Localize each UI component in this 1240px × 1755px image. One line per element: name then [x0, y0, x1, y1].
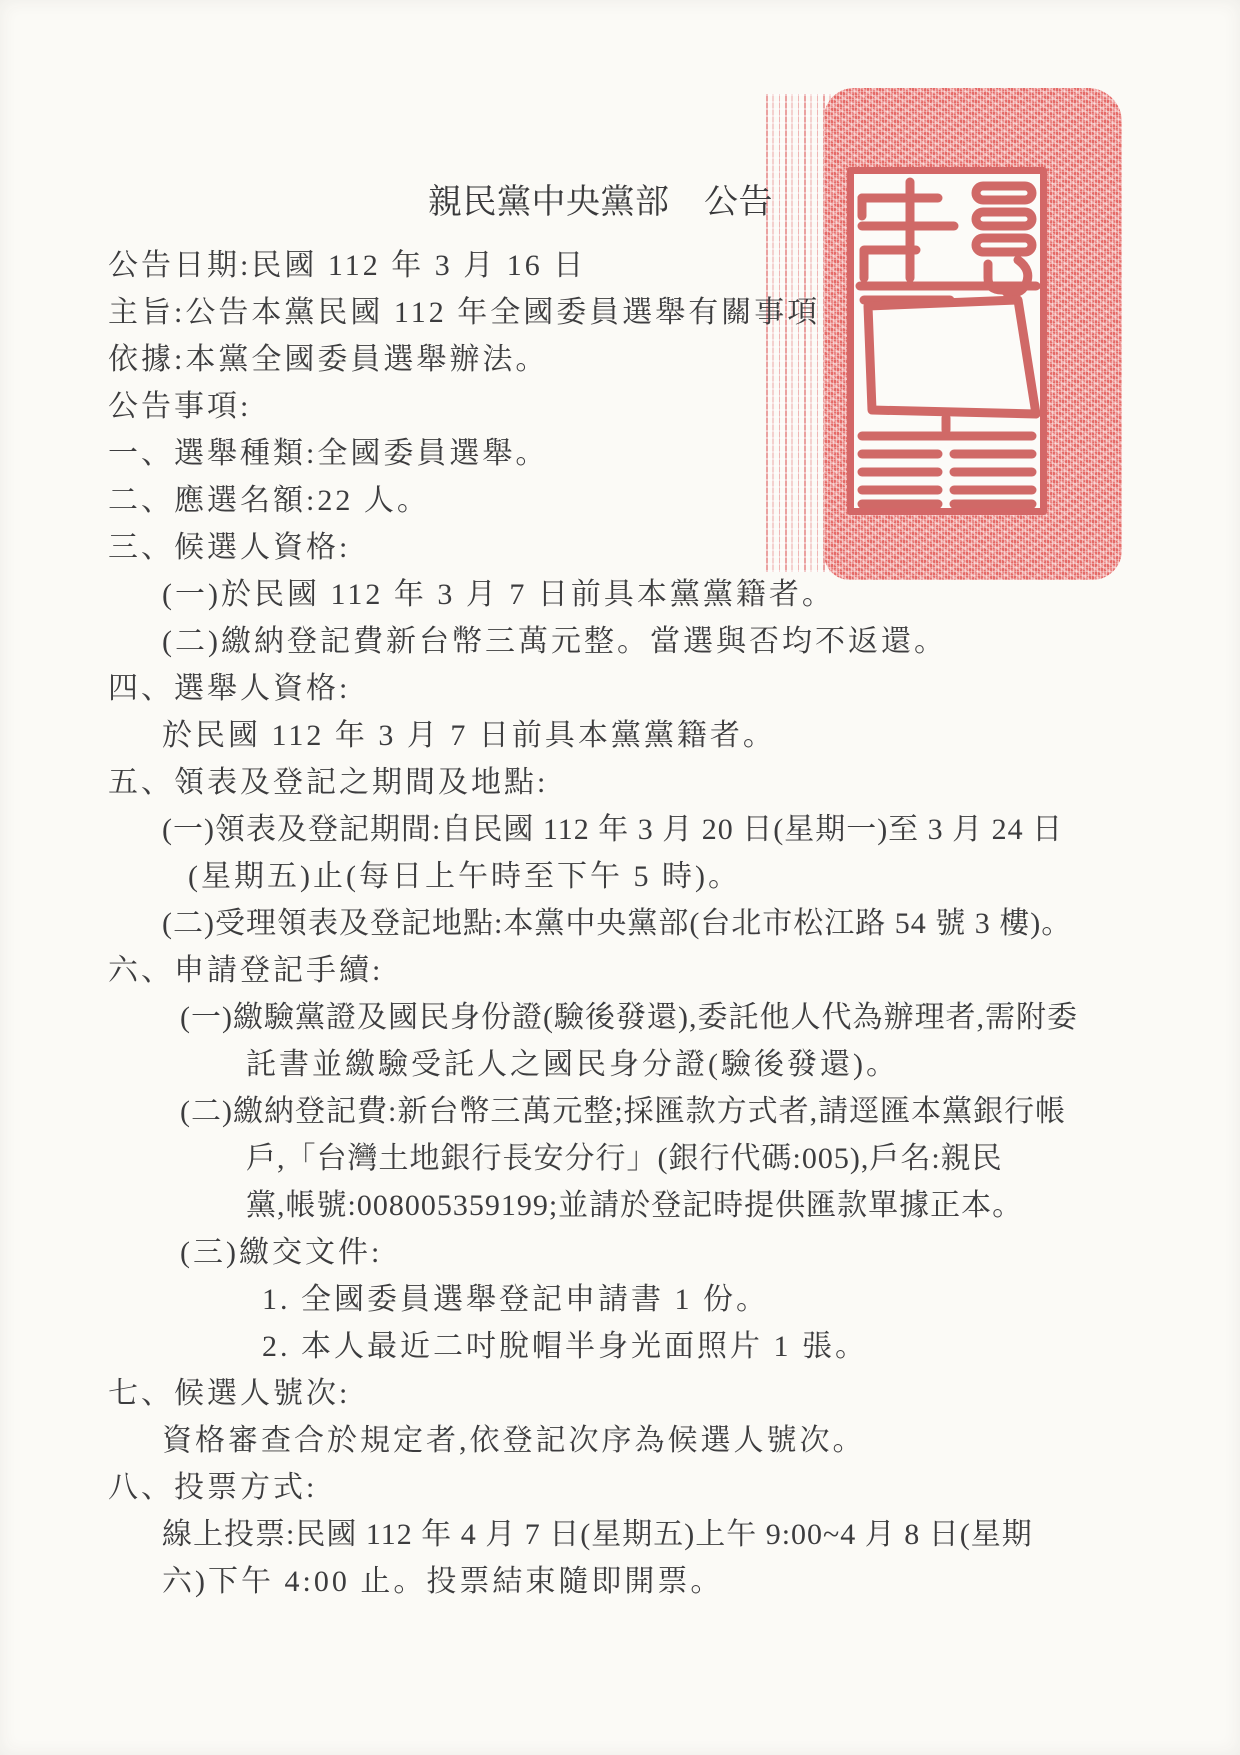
doc-line: 公告事項: — [0, 383, 1240, 430]
doc-line: 黨,帳號:008005359199;並請於登記時提供匯款單據正本。 — [0, 1182, 1240, 1229]
doc-line: 一、選舉種類:全國委員選舉。 — [0, 430, 1240, 477]
doc-line: 公告日期:民國 112 年 3 月 16 日 — [0, 242, 1240, 289]
doc-line: (一)領表及登記期間:自民國 112 年 3 月 20 日(星期一)至 3 月 … — [0, 806, 1240, 853]
doc-line: (二)繳納登記費:新台幣三萬元整;採匯款方式者,請逕匯本黨銀行帳 — [0, 1088, 1240, 1135]
document-body: 公告日期:民國 112 年 3 月 16 日 主旨:公告本黨民國 112 年全國… — [0, 242, 1240, 1605]
page-title: 親民黨中央黨部 公告 — [428, 174, 773, 223]
doc-line: 資格審查合於規定者,依登記次序為候選人號次。 — [0, 1417, 1240, 1464]
doc-line: (三)繳交文件: — [0, 1229, 1240, 1276]
announcement-document: 親民黨 親民黨中央黨部 公告 公告日期:民國 112 年 3 月 16 日 主旨… — [0, 0, 1240, 1755]
doc-line: 五、領表及登記之期間及地點: — [0, 759, 1240, 806]
doc-line: (一)於民國 112 年 3 月 7 日前具本黨黨籍者。 — [0, 571, 1240, 618]
doc-line: 六)下午 4:00 止。投票結束隨即開票。 — [0, 1558, 1240, 1605]
doc-line: (二)受理領表及登記地點:本黨中央黨部(台北市松江路 54 號 3 樓)。 — [0, 900, 1240, 947]
doc-line: 2. 本人最近二吋脫帽半身光面照片 1 張。 — [0, 1323, 1240, 1370]
doc-line: 線上投票:民國 112 年 4 月 7 日(星期五)上午 9:00~4 月 8 … — [0, 1511, 1240, 1558]
doc-line: 主旨:公告本黨民國 112 年全國委員選舉有關事項 — [0, 289, 1240, 336]
doc-line: 於民國 112 年 3 月 7 日前具本黨黨籍者。 — [0, 712, 1240, 759]
doc-line: 三、候選人資格: — [0, 524, 1240, 571]
doc-line: 二、應選名額:22 人。 — [0, 477, 1240, 524]
doc-line: 六、申請登記手續: — [0, 947, 1240, 994]
doc-line: 七、候選人號次: — [0, 1370, 1240, 1417]
doc-line: 託書並繳驗受託人之國民身分證(驗後發還)。 — [0, 1041, 1240, 1088]
doc-line: (星期五)止(每日上午時至下午 5 時)。 — [0, 853, 1240, 900]
doc-line: 四、選舉人資格: — [0, 665, 1240, 712]
doc-line: 八、投票方式: — [0, 1464, 1240, 1511]
doc-line: 1. 全國委員選舉登記申請書 1 份。 — [0, 1276, 1240, 1323]
doc-line: 戶,「台灣土地銀行長安分行」(銀行代碼:005),戶名:親民 — [0, 1135, 1240, 1182]
doc-line: (一)繳驗黨證及國民身份證(驗後發還),委託他人代為辦理者,需附委 — [0, 994, 1240, 1041]
doc-line: 依據:本黨全國委員選舉辦法。 — [0, 336, 1240, 383]
doc-line: (二)繳納登記費新台幣三萬元整。當選與否均不返還。 — [0, 618, 1240, 665]
